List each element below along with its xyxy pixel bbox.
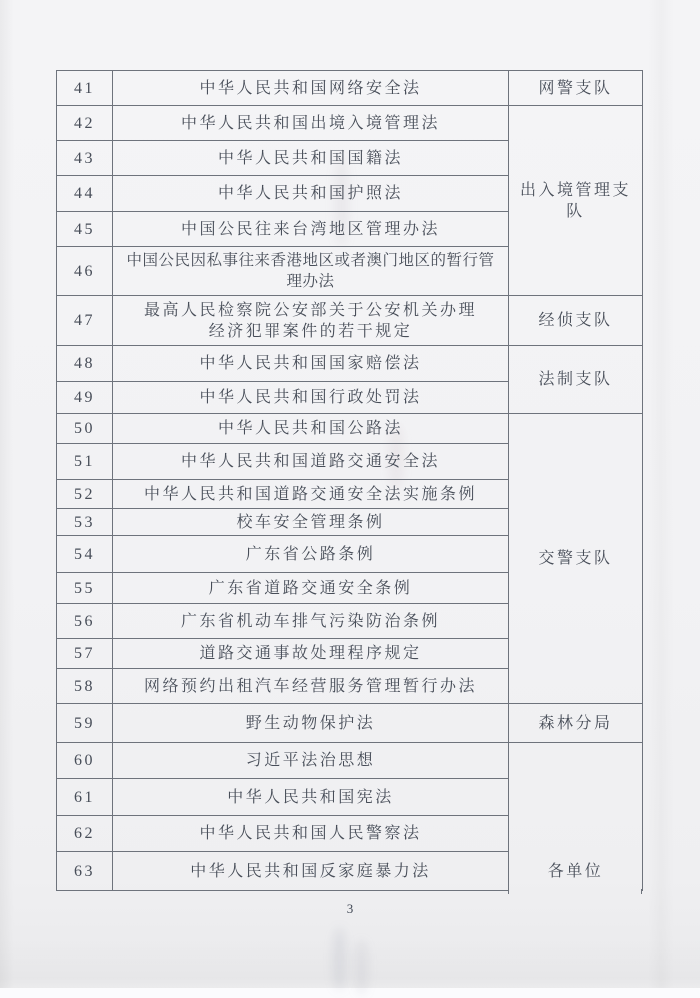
row-number: 61 [57, 779, 113, 816]
law-name: 中华人民共和国公路法 [113, 414, 509, 444]
law-name: 习近平法治思想 [113, 743, 509, 779]
law-name: 中华人民共和国人民警察法 [113, 816, 509, 852]
law-name: 中华人民共和国网络安全法 [113, 71, 509, 106]
row-number: 60 [57, 743, 113, 779]
scan-edge-strip [0, 988, 700, 998]
table-row: 60 习近平法治思想 各单位 [57, 743, 643, 779]
table-row: 42 中华人民共和国出境入境管理法 出入境管理支队 [57, 106, 643, 141]
law-name: 中华人民共和国道路交通安全法实施条例 [113, 480, 509, 509]
unit-name: 各单位 [509, 743, 643, 891]
unit-name: 出入境管理支队 [509, 106, 643, 296]
row-number: 43 [57, 141, 113, 176]
row-number: 56 [57, 604, 113, 639]
row-number: 44 [57, 176, 113, 212]
row-number: 52 [57, 480, 113, 509]
scan-shading-left [0, 0, 14, 998]
row-number: 42 [57, 106, 113, 141]
table-border-extension [641, 889, 642, 894]
law-name: 广东省道路交通安全条例 [113, 573, 509, 604]
law-name: 中华人民共和国国籍法 [113, 141, 509, 176]
scan-shading-right [648, 0, 674, 998]
law-name: 网络预约出租汽车经营服务管理暂行办法 [113, 669, 509, 704]
law-name: 中华人民共和国宪法 [113, 779, 509, 816]
row-number: 53 [57, 509, 113, 536]
law-name: 中华人民共和国出境入境管理法 [113, 106, 509, 141]
unit-name: 经侦支队 [509, 296, 643, 346]
unit-name: 森林分局 [509, 704, 643, 743]
scan-smudge [355, 940, 368, 995]
law-name: 广东省机动车排气污染防治条例 [113, 604, 509, 639]
regulations-table: 41 中华人民共和国网络安全法 网警支队 42 中华人民共和国出境入境管理法 出… [56, 70, 643, 891]
scan-shading-bottom [0, 938, 700, 988]
row-number: 58 [57, 669, 113, 704]
law-name: 中国公民往来台湾地区管理办法 [113, 212, 509, 247]
unit-name: 网警支队 [509, 71, 643, 106]
row-number: 50 [57, 414, 113, 444]
law-name: 校车安全管理条例 [113, 509, 509, 536]
law-name: 中华人民共和国反家庭暴力法 [113, 852, 509, 891]
row-number: 62 [57, 816, 113, 852]
law-name: 野生动物保护法 [113, 704, 509, 743]
document-page: 41 中华人民共和国网络安全法 网警支队 42 中华人民共和国出境入境管理法 出… [0, 0, 700, 998]
table-row: 41 中华人民共和国网络安全法 网警支队 [57, 71, 643, 106]
table-row: 48 中华人民共和国国家赔偿法 法制支队 [57, 346, 643, 382]
row-number: 48 [57, 346, 113, 382]
law-name: 中华人民共和国道路交通安全法 [113, 444, 509, 480]
table-row: 47 最高人民检察院公安部关于公安机关办理 经济犯罪案件的若干规定 经侦支队 [57, 296, 643, 346]
row-number: 63 [57, 852, 113, 891]
row-number: 49 [57, 382, 113, 414]
row-number: 51 [57, 444, 113, 480]
law-name: 中华人民共和国护照法 [113, 176, 509, 212]
table-row: 50 中华人民共和国公路法 交警支队 [57, 414, 643, 444]
law-name: 中华人民共和国行政处罚法 [113, 382, 509, 414]
law-name: 最高人民检察院公安部关于公安机关办理 经济犯罪案件的若干规定 [113, 296, 509, 346]
law-name: 广东省公路条例 [113, 536, 509, 573]
unit-name: 法制支队 [509, 346, 643, 414]
row-number: 54 [57, 536, 113, 573]
row-number: 59 [57, 704, 113, 743]
row-number: 57 [57, 639, 113, 669]
row-number: 55 [57, 573, 113, 604]
law-name: 中国公民因私事往来香港地区或者澳门地区的暂行管 理办法 [113, 247, 509, 296]
row-number: 41 [57, 71, 113, 106]
scan-smudge [333, 928, 346, 990]
law-name: 道路交通事故处理程序规定 [113, 639, 509, 669]
page-number: 3 [0, 901, 700, 917]
row-number: 47 [57, 296, 113, 346]
row-number: 45 [57, 212, 113, 247]
row-number: 46 [57, 247, 113, 296]
unit-name: 交警支队 [509, 414, 643, 704]
law-name: 中华人民共和国国家赔偿法 [113, 346, 509, 382]
table-row: 59 野生动物保护法 森林分局 [57, 704, 643, 743]
table-border-extension [508, 889, 509, 894]
